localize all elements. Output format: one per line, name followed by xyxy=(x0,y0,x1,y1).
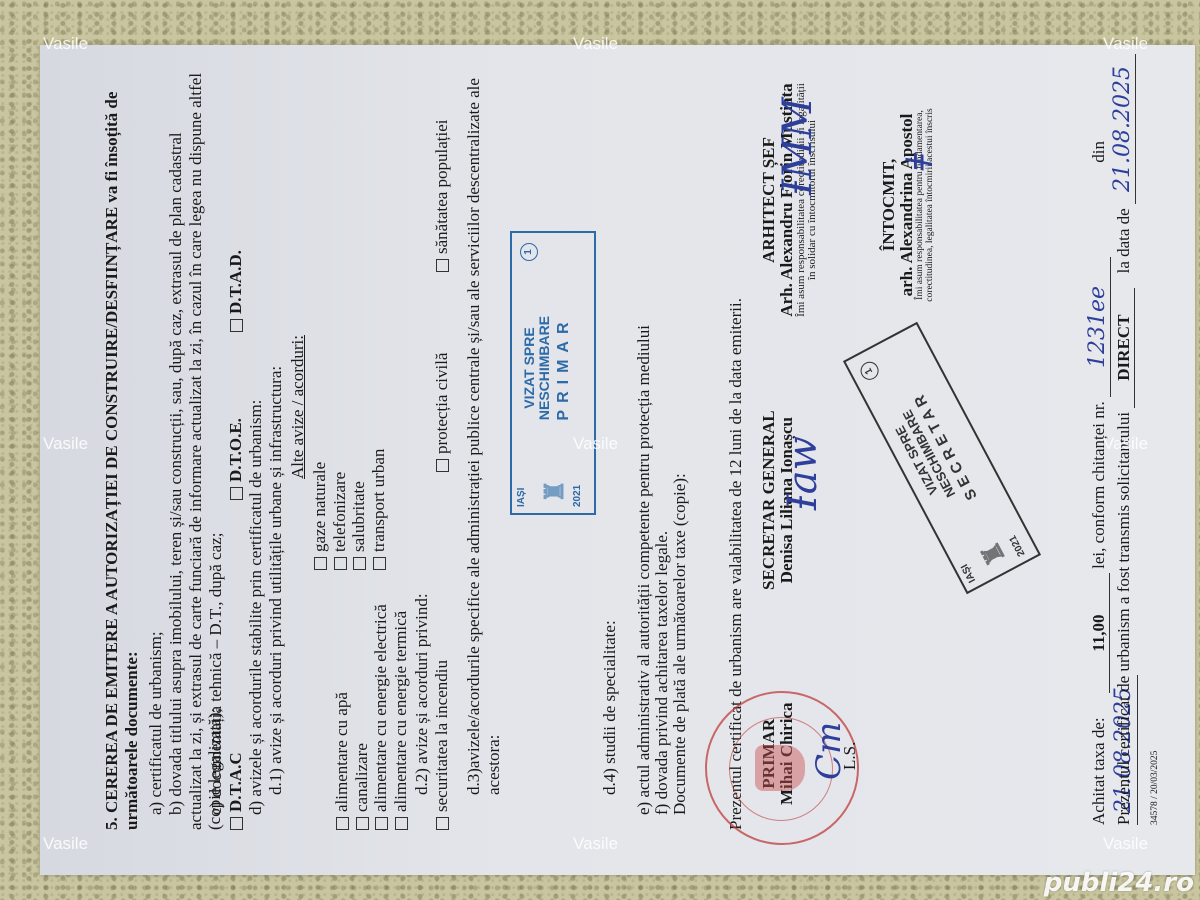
checkbox-icon xyxy=(230,487,243,500)
option-transport[interactable]: transport urban xyxy=(369,449,389,570)
option-dtoe[interactable]: D.T.O.E. xyxy=(226,418,246,500)
crest-icon xyxy=(755,745,805,791)
author-signature: ǂ xyxy=(900,153,941,170)
item-d1: d.1) avize și acorduri privind utilități… xyxy=(266,366,286,795)
item-d4: d.4) studii de specialitate: xyxy=(600,620,620,795)
ls-label: L.S. xyxy=(840,742,860,770)
transmit-date: 21.08.2025 xyxy=(1110,54,1136,204)
receipt-number: 1231ee xyxy=(1085,257,1111,397)
item-d3: d.3)avizele/acordurile specifice ale adm… xyxy=(464,45,503,795)
item-a: a) certificatul de urbanism; xyxy=(146,631,166,815)
document-photo: 5. CEREREA DE EMITERE A AUTORIZAȚIEI DE … xyxy=(40,45,1195,875)
item-f: f) dovada privind achitarea taxelor lega… xyxy=(653,325,671,815)
item-c: c) documentația tehnică – D.T., după caz… xyxy=(206,533,226,815)
crest-icon: ♜ xyxy=(540,480,570,503)
option-phone[interactable]: telefonizare xyxy=(330,449,350,570)
brand-logo: publi24.ro xyxy=(1044,868,1194,898)
d1-right-list: gaze naturale telefonizare salubritate t… xyxy=(310,449,388,570)
author-block: ÎNTOCMIT, arh. Alexandrina Apostol Îmi a… xyxy=(880,105,936,305)
checkbox-icon xyxy=(314,557,327,570)
items-ef: e) actul administrativ al autorității co… xyxy=(635,325,689,815)
option-health[interactable]: sănătatea populației xyxy=(432,119,452,272)
secretar-stamp: IAȘI ♜ 2021 VIZAT SPRE NESCHIMBARE SECRE… xyxy=(843,322,1041,595)
checkbox-icon xyxy=(356,817,369,830)
option-sewage[interactable]: canalizare xyxy=(352,604,372,830)
option-dtad[interactable]: D.T.A.D. xyxy=(226,250,246,332)
watermark: Vasile xyxy=(573,34,618,54)
option-electricity[interactable]: alimentare cu energie electrică xyxy=(371,604,391,830)
option-gas[interactable]: gaze naturale xyxy=(310,449,330,570)
option-sanitation[interactable]: salubritate xyxy=(349,449,369,570)
watermark: Vasile xyxy=(43,834,88,854)
checkbox-icon xyxy=(436,459,449,472)
item-d2: d.2) avize și acorduri privind: xyxy=(412,593,432,795)
crest-icon: ♜ xyxy=(975,536,1012,571)
checkbox-icon xyxy=(336,817,349,830)
architect-signature: ƗMM xyxy=(775,97,821,195)
watermark: Vasile xyxy=(1103,434,1148,454)
option-civil[interactable]: protecția civilă xyxy=(432,353,452,472)
option-heating[interactable]: alimentare cu energie termică xyxy=(391,604,411,830)
watermark: Vasile xyxy=(1103,834,1148,854)
item-e: e) actul administrativ al autorității co… xyxy=(635,325,653,815)
watermark: Vasile xyxy=(43,434,88,454)
watermark: Vasile xyxy=(573,834,618,854)
d1-left-list: alimentare cu apă canalizare alimentare … xyxy=(332,604,410,830)
watermark: Vasile xyxy=(43,34,88,54)
secretary-signature: Ɨaw xyxy=(780,436,826,510)
checkbox-icon xyxy=(373,557,386,570)
fees-list: Documente de plată ale următoarelor taxe… xyxy=(671,325,689,815)
watermark: Vasile xyxy=(573,434,618,454)
section-title: 5. CEREREA DE EMITERE A AUTORIZAȚIEI DE … xyxy=(102,90,141,830)
checkbox-icon xyxy=(436,817,449,830)
fee-value: 11,00 xyxy=(1089,573,1110,693)
transmit-method: DIRECT xyxy=(1114,288,1135,408)
certificate-page: 5. CEREREA DE EMITERE A AUTORIZAȚIEI DE … xyxy=(40,45,1195,875)
checkbox-icon xyxy=(230,817,243,830)
primar-stamp: IAȘI ♜ 2021 VIZAT SPRE NESCHIMBARE PRIMA… xyxy=(510,231,596,515)
checkbox-icon xyxy=(375,817,388,830)
option-fire[interactable]: securitatea la incendiu xyxy=(432,660,452,830)
checkbox-icon xyxy=(436,259,449,272)
checkbox-icon xyxy=(353,557,366,570)
checkbox-icon xyxy=(334,557,347,570)
watermark: Vasile xyxy=(1103,34,1148,54)
item-d: d) avizele și acordurile stabilite prin … xyxy=(246,400,266,815)
checkbox-icon xyxy=(395,817,408,830)
checkbox-icon xyxy=(230,319,243,332)
option-water[interactable]: alimentare cu apă xyxy=(332,604,352,830)
footer-code: 34578 / 20/03/2025 xyxy=(1150,751,1161,825)
other-approvals-heading: Alte avize / acorduri: xyxy=(288,335,308,479)
option-dtac[interactable]: D.T.A.C xyxy=(226,752,246,830)
